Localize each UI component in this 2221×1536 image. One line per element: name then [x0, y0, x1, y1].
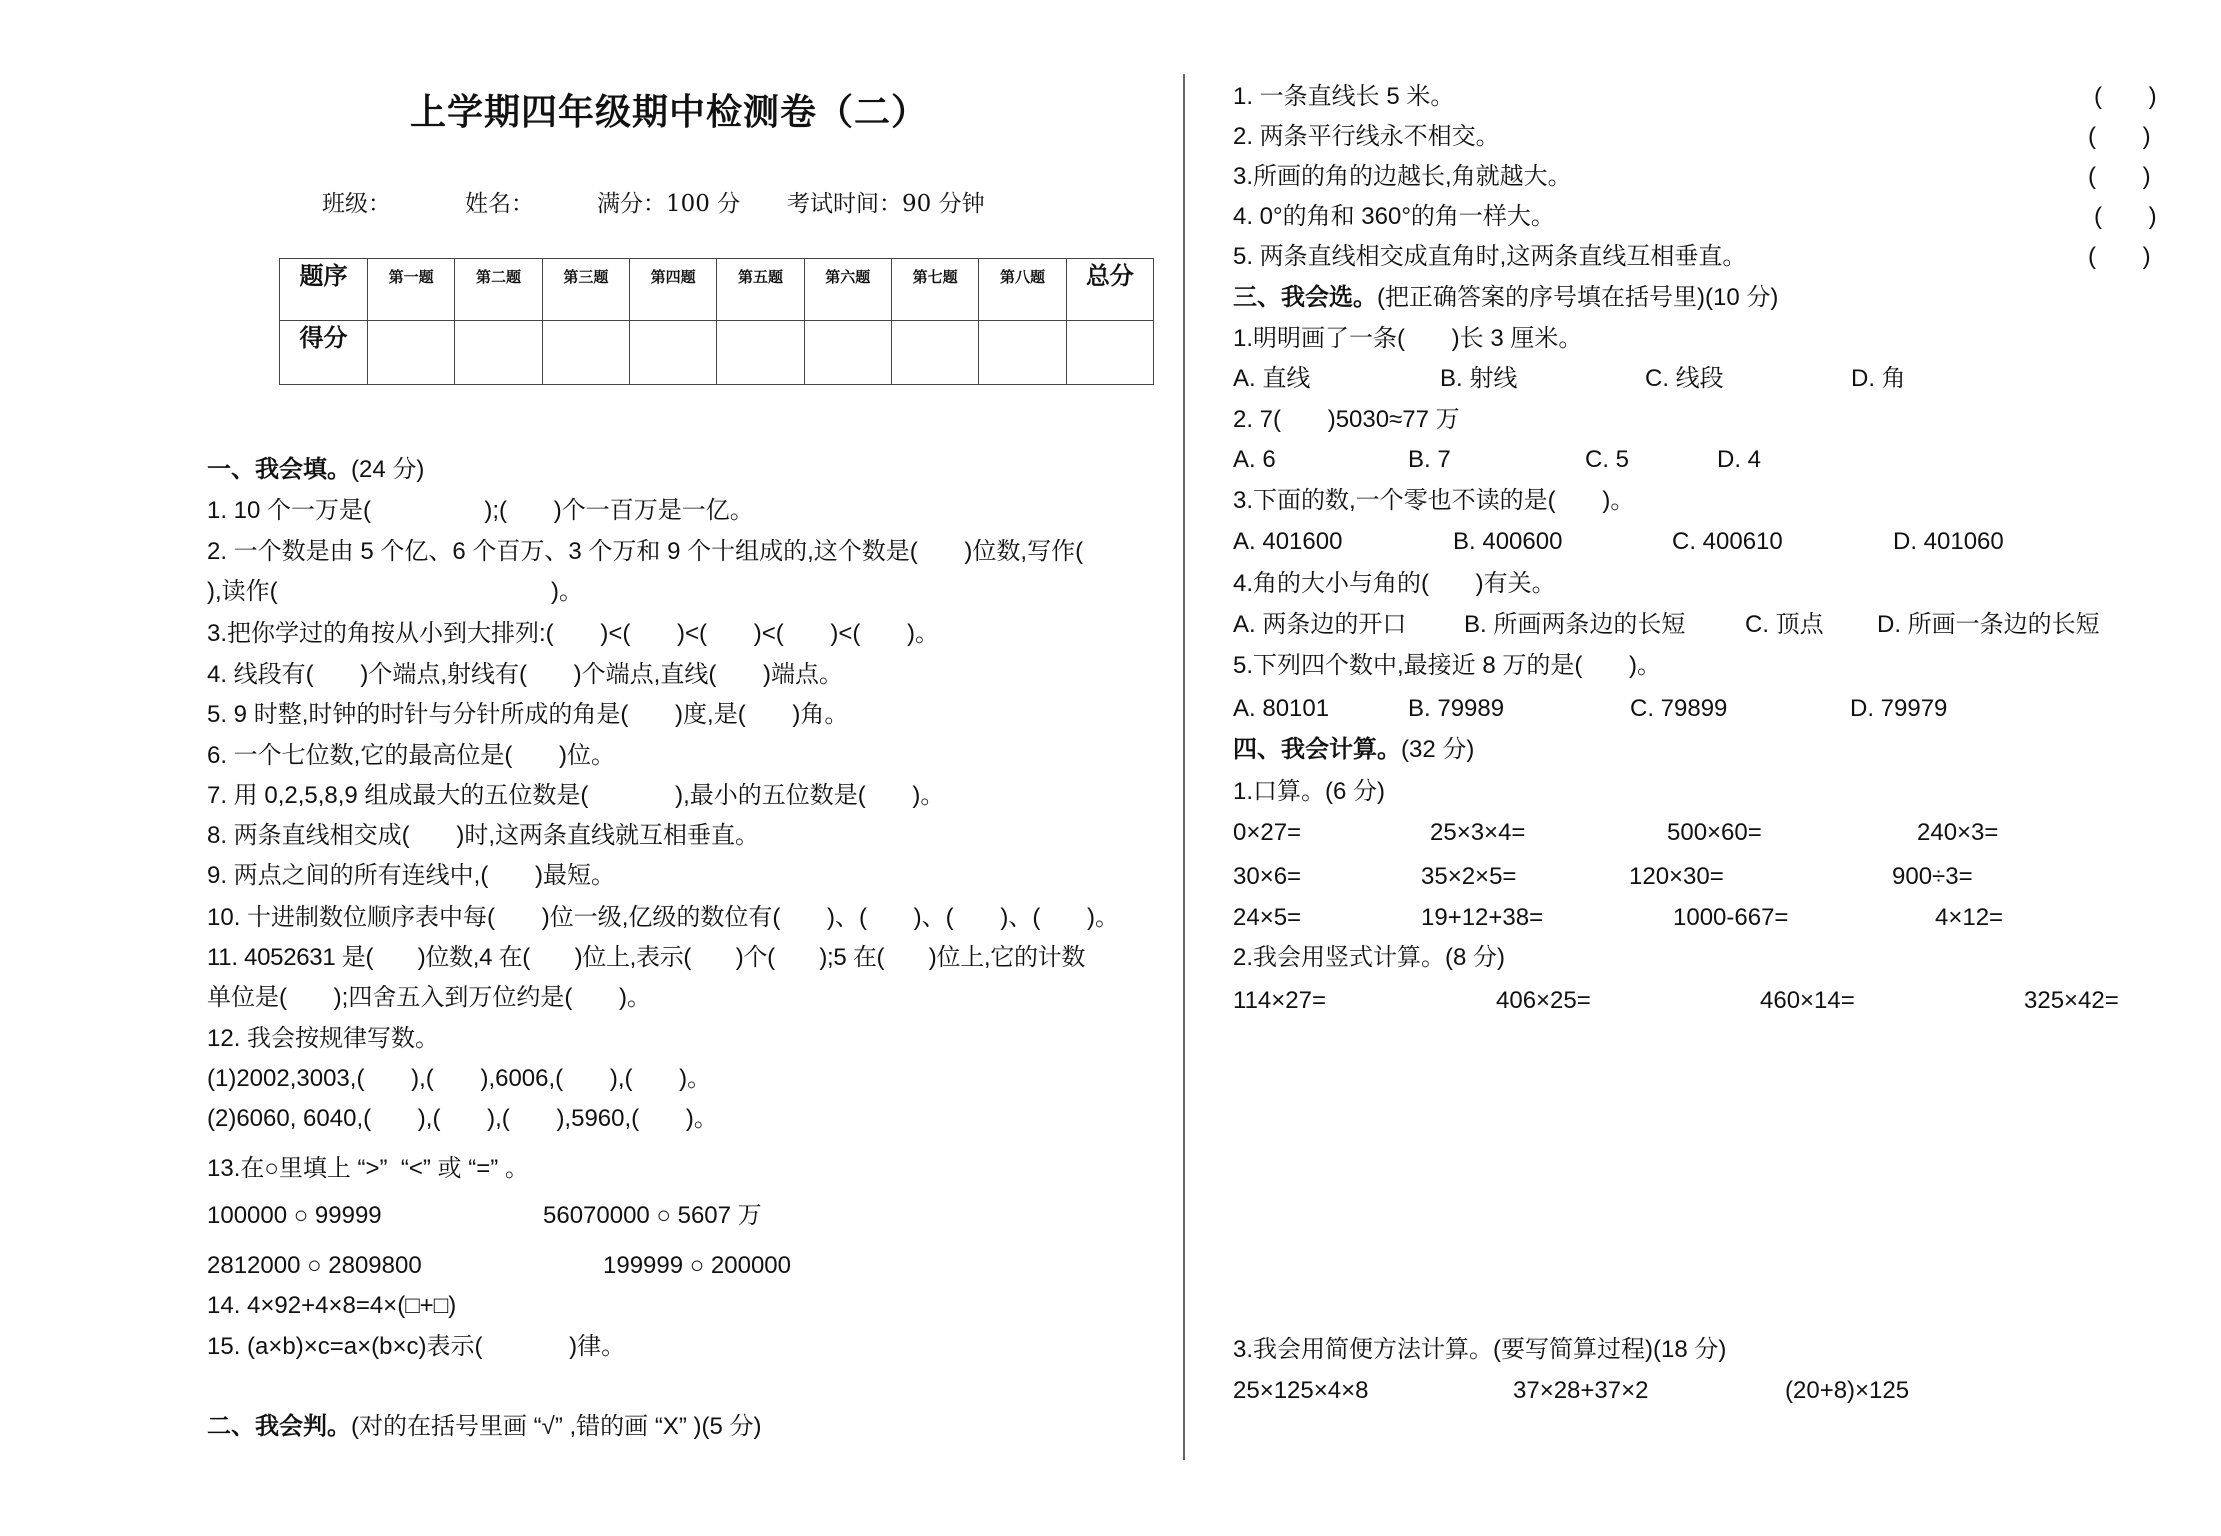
oral-3-3: 1000-667=: [1673, 904, 1788, 932]
section2-title: 二、我会判。: [207, 1413, 351, 1440]
fill-q4: 4. 线段有( )个端点,射线有( )个端点,直线( )端点。: [207, 661, 843, 689]
col-q5: 第五题: [717, 259, 804, 321]
judge-item-1: 1. 一条直线长 5 米。: [1233, 83, 1454, 111]
choice-q2-b: B. 7: [1408, 446, 1451, 474]
oral-1-2: 25×3×4=: [1430, 819, 1525, 847]
oral-2-4: 900÷3=: [1892, 863, 1973, 891]
choice-q1-b: B. 射线: [1440, 365, 1517, 393]
choice-q1: 1.明明画了一条( )长 3 厘米。: [1233, 325, 1582, 353]
choice-q4-d: D. 所画一条边的长短: [1877, 611, 2100, 639]
choice-q3-c: C. 400610: [1672, 528, 1783, 556]
section1-points: (24 分): [351, 456, 424, 483]
name-label: 姓名：: [465, 190, 534, 218]
row-label-question-order: 题序: [280, 259, 368, 321]
fill-q9: 9. 两点之间的所有连线中,( )最短。: [207, 862, 615, 890]
oral-2-2: 35×2×5=: [1421, 863, 1516, 891]
fill-q5: 5. 9 时整,时钟的时针与分针所成的角是( )度,是( )角。: [207, 701, 848, 729]
score-table-header-row: 题序 第一题 第二题 第三题 第四题 第五题 第六题 第七题 第八题 总分: [280, 259, 1154, 321]
choice-q4-b: B. 所画两条边的长短: [1464, 611, 1685, 639]
col-total: 总分: [1066, 259, 1153, 321]
oral-1-1: 0×27=: [1233, 819, 1301, 847]
compare-1: 100000 ○ 99999: [207, 1202, 382, 1230]
compare-2: 56070000 ○ 5607 万: [543, 1202, 762, 1230]
judge-answer-4[interactable]: ( ): [2094, 203, 2157, 231]
fill-q14: 14. 4×92+4×8=4×(□+□): [207, 1292, 456, 1320]
judge-item-2: 2. 两条平行线永不相交。: [1233, 123, 1500, 151]
fill-q2: 2. 一个数是由 5 个亿、6 个百万、3 个万和 9 个十组成的,这个数是( …: [207, 538, 1083, 566]
compare-4: 199999 ○ 200000: [603, 1252, 791, 1280]
col-q8: 第八题: [979, 259, 1066, 321]
simplify-2: 37×28+37×2: [1513, 1377, 1648, 1405]
section3-heading: 三、我会选。(把正确答案的序号填在括号里)(10 分): [1233, 284, 1778, 312]
choice-q5-d: D. 79979: [1850, 695, 1947, 723]
col-q3: 第三题: [542, 259, 629, 321]
choice-q3-a: A. 401600: [1233, 528, 1342, 556]
choice-q4-c: C. 顶点: [1745, 611, 1824, 639]
score-table: 题序 第一题 第二题 第三题 第四题 第五题 第六题 第七题 第八题 总分 得分: [279, 258, 1154, 385]
exam-time-label: 考试时间：90 分钟: [787, 190, 985, 218]
oral-3-2: 19+12+38=: [1421, 904, 1543, 932]
exam-title: 上学期四年级期中检测卷（二）: [410, 92, 928, 132]
choice-q3: 3.下面的数,一个零也不读的是( )。: [1233, 487, 1634, 515]
choice-q3-b: B. 400600: [1453, 528, 1562, 556]
full-score-label: 满分：100 分: [597, 190, 740, 218]
vertical-1: 114×27=: [1233, 987, 1326, 1015]
choice-q5-c: C. 79899: [1630, 695, 1727, 723]
choice-q2-a: A. 6: [1233, 446, 1276, 474]
judge-answer-2[interactable]: ( ): [2088, 123, 2151, 151]
vertical-3: 460×14=: [1760, 987, 1855, 1015]
oral-2-3: 120×30=: [1629, 863, 1724, 891]
oral-1-3: 500×60=: [1667, 819, 1762, 847]
score-cell-q2[interactable]: [455, 321, 542, 385]
fill-q12-2: (2)6060, 6040,( ),( ),( ),5960,( )。: [207, 1105, 718, 1133]
choice-q1-c: C. 线段: [1645, 365, 1724, 393]
fill-q11-cont: 单位是( );四舍五入到万位约是( )。: [207, 984, 651, 1012]
fill-q2-cont: ),读作( )。: [207, 578, 583, 606]
choice-q4: 4.角的大小与角的( )有关。: [1233, 570, 1556, 598]
judge-item-3: 3.所画的角的边越长,角就越大。: [1233, 163, 1572, 191]
vertical-title: 2.我会用竖式计算。(8 分): [1233, 944, 1505, 972]
simplify-3: (20+8)×125: [1785, 1377, 1909, 1405]
section1-heading: 一、我会填。(24 分): [207, 456, 424, 484]
col-q6: 第六题: [804, 259, 891, 321]
judge-answer-3[interactable]: ( ): [2088, 163, 2151, 191]
section2-note: (对的在括号里画 “√” ,错的画 “X” )(5 分): [351, 1413, 761, 1440]
choice-q2-d: D. 4: [1717, 446, 1761, 474]
judge-item-5: 5. 两条直线相交成直角时,这两条直线互相垂直。: [1233, 243, 1746, 271]
choice-q4-a: A. 两条边的开口: [1233, 611, 1406, 639]
fill-q13: 13.在○里填上 “>” “<” 或 “=” 。: [207, 1155, 529, 1183]
section4-points: (32 分): [1401, 736, 1474, 763]
fill-q10: 10. 十进制数位顺序表中每( )位一级,亿级的数位有( )、( )、( )、(…: [207, 904, 1119, 932]
vertical-4: 325×42=: [2024, 987, 2119, 1015]
judge-answer-5[interactable]: ( ): [2088, 243, 2151, 271]
score-cell-q8[interactable]: [979, 321, 1066, 385]
choice-q2: 2. 7( )5030≈77 万: [1233, 406, 1460, 434]
simplify-1: 25×125×4×8: [1233, 1377, 1368, 1405]
fill-q3: 3.把你学过的角按从小到大排列:( )<( )<( )<( )<( )。: [207, 620, 939, 648]
column-divider: [1183, 74, 1185, 1460]
fill-q11: 11. 4052631 是( )位数,4 在( )位上,表示( )个( );5 …: [207, 944, 1085, 972]
oral-3-4: 4×12=: [1935, 904, 2003, 932]
judge-item-4: 4. 0°的角和 360°的角一样大。: [1233, 203, 1555, 231]
choice-q1-d: D. 角: [1851, 365, 1906, 393]
choice-q5: 5.下列四个数中,最接近 8 万的是( )。: [1233, 652, 1661, 680]
score-cell-total[interactable]: [1066, 321, 1153, 385]
score-table-score-row: 得分: [280, 321, 1154, 385]
score-cell-q7[interactable]: [891, 321, 978, 385]
row-label-score: 得分: [280, 321, 368, 385]
score-cell-q3[interactable]: [542, 321, 629, 385]
col-q4: 第四题: [629, 259, 716, 321]
section3-note: (把正确答案的序号填在括号里)(10 分): [1377, 284, 1778, 311]
choice-q2-c: C. 5: [1585, 446, 1629, 474]
choice-q5-a: A. 80101: [1233, 695, 1329, 723]
choice-q5-b: B. 79989: [1408, 695, 1504, 723]
col-q1: 第一题: [368, 259, 455, 321]
oral-title: 1.口算。(6 分): [1233, 778, 1385, 806]
col-q7: 第七题: [891, 259, 978, 321]
section3-title: 三、我会选。: [1233, 284, 1377, 311]
score-cell-q1[interactable]: [368, 321, 455, 385]
section4-title: 四、我会计算。: [1233, 736, 1401, 763]
col-q2: 第二题: [455, 259, 542, 321]
oral-2-1: 30×6=: [1233, 863, 1301, 891]
fill-q12-1: (1)2002,3003,( ),( ),6006,( ),( )。: [207, 1065, 711, 1093]
section2-heading: 二、我会判。(对的在括号里画 “√” ,错的画 “X” )(5 分): [207, 1413, 761, 1441]
section4-heading: 四、我会计算。(32 分): [1233, 736, 1474, 764]
fill-q7: 7. 用 0,2,5,8,9 组成最大的五位数是( ),最小的五位数是( )。: [207, 782, 944, 810]
score-cell-q5[interactable]: [717, 321, 804, 385]
oral-1-4: 240×3=: [1917, 819, 1998, 847]
fill-q8: 8. 两条直线相交成( )时,这两条直线就互相垂直。: [207, 822, 759, 850]
fill-q15: 15. (a×b)×c=a×(b×c)表示( )律。: [207, 1333, 625, 1361]
choice-q1-a: A. 直线: [1233, 365, 1310, 393]
score-cell-q4[interactable]: [629, 321, 716, 385]
vertical-2: 406×25=: [1496, 987, 1591, 1015]
fill-q6: 6. 一个七位数,它的最高位是( )位。: [207, 742, 615, 770]
score-cell-q6[interactable]: [804, 321, 891, 385]
fill-q12: 12. 我会按规律写数。: [207, 1025, 439, 1053]
oral-3-1: 24×5=: [1233, 904, 1301, 932]
simplify-title: 3.我会用简便方法计算。(要写简算过程)(18 分): [1233, 1336, 1726, 1364]
choice-q3-d: D. 401060: [1893, 528, 2004, 556]
section1-title: 一、我会填。: [207, 456, 351, 483]
fill-q1: 1. 10 个一万是( );( )个一百万是一亿。: [207, 497, 754, 525]
judge-answer-1[interactable]: ( ): [2094, 83, 2157, 111]
compare-3: 2812000 ○ 2809800: [207, 1252, 422, 1280]
class-label: 班级：: [322, 190, 391, 218]
